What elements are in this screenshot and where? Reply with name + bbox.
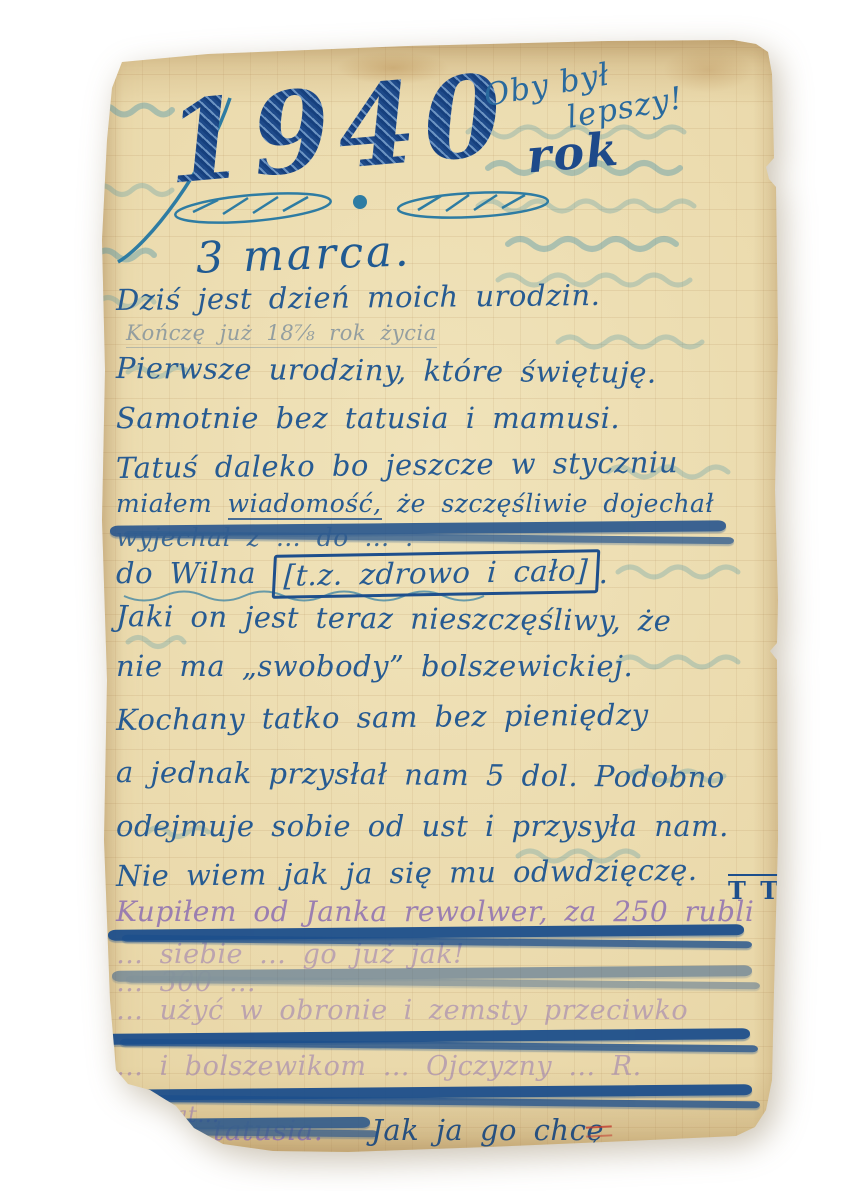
- entry-line-7: do Wilna [t.z. zdrowo i cało].: [116, 552, 608, 596]
- line23-struck-part: od … tatusia.: [116, 1114, 323, 1147]
- entry-line-4: Tatuś daleko bo jeszcze w styczniu: [116, 444, 678, 486]
- year-title: 1940: [162, 59, 514, 201]
- date-heading: 3 marca.: [195, 226, 412, 283]
- pencil-note: Kończę już 18⅞ rok życia: [126, 320, 437, 346]
- entry-line-23: od … tatusia.Jak ja go chcę: [116, 1112, 604, 1148]
- entry-line-8: Jaki on jest teraz nieszczęśliwy, że: [116, 598, 672, 639]
- entry-line-9: nie ma „swobody” bolszewickiej.: [116, 648, 633, 684]
- entry-line-3: Samotnie bez tatusia i mamusi.: [116, 400, 620, 436]
- line7-post: .: [599, 556, 609, 590]
- margin-pen-mark: T T: [728, 876, 781, 905]
- entry-line-2: Pierwsze urodziny, które świętuję.: [116, 350, 657, 391]
- pencil-note-text: Kończę już 18⅞ rok życia: [126, 321, 437, 348]
- crossed-out-line: [104, 1078, 760, 1114]
- line7-boxed-phrase: [t.z. zdrowo i cało]: [271, 549, 599, 599]
- scanned-diary-page: 1940 rok Oby był lepszy! 3 marca. Dziś j…: [0, 0, 852, 1191]
- line7-pre: do Wilna: [116, 556, 273, 590]
- entry-line-10: Kochany tatko sam bez pieniędzy: [116, 696, 649, 738]
- strikethrough: [108, 1114, 378, 1150]
- crossed-out-line: [106, 1022, 758, 1058]
- strikethrough: [110, 514, 734, 550]
- paper: 1940 rok Oby był lepszy! 3 marca. Dziś j…: [88, 40, 788, 1155]
- line23-after-text: Jak ja go chcę: [371, 1113, 604, 1147]
- red-pencil-mark-icon: [586, 1125, 613, 1137]
- entry-line-11: a jednak przysłał nam 5 dol. Podobno: [116, 754, 725, 796]
- entry-line-12: odejmuje sobie od ust i przysyła nam.: [116, 808, 729, 844]
- paper-shadow-wrap: 1940 rok Oby był lepszy! 3 marca. Dziś j…: [0, 0, 852, 1191]
- entry-line-1: Dziś jest dzień moich urodzin.: [116, 277, 601, 318]
- entry-line-13: Nie wiem jak ja się mu odwdzięczę.: [116, 852, 698, 894]
- entry-line-6-struck: wyjechał z … do … .: [116, 522, 414, 553]
- crossed-out-line: [108, 918, 752, 954]
- year-title-block: 1940 rok: [162, 59, 514, 201]
